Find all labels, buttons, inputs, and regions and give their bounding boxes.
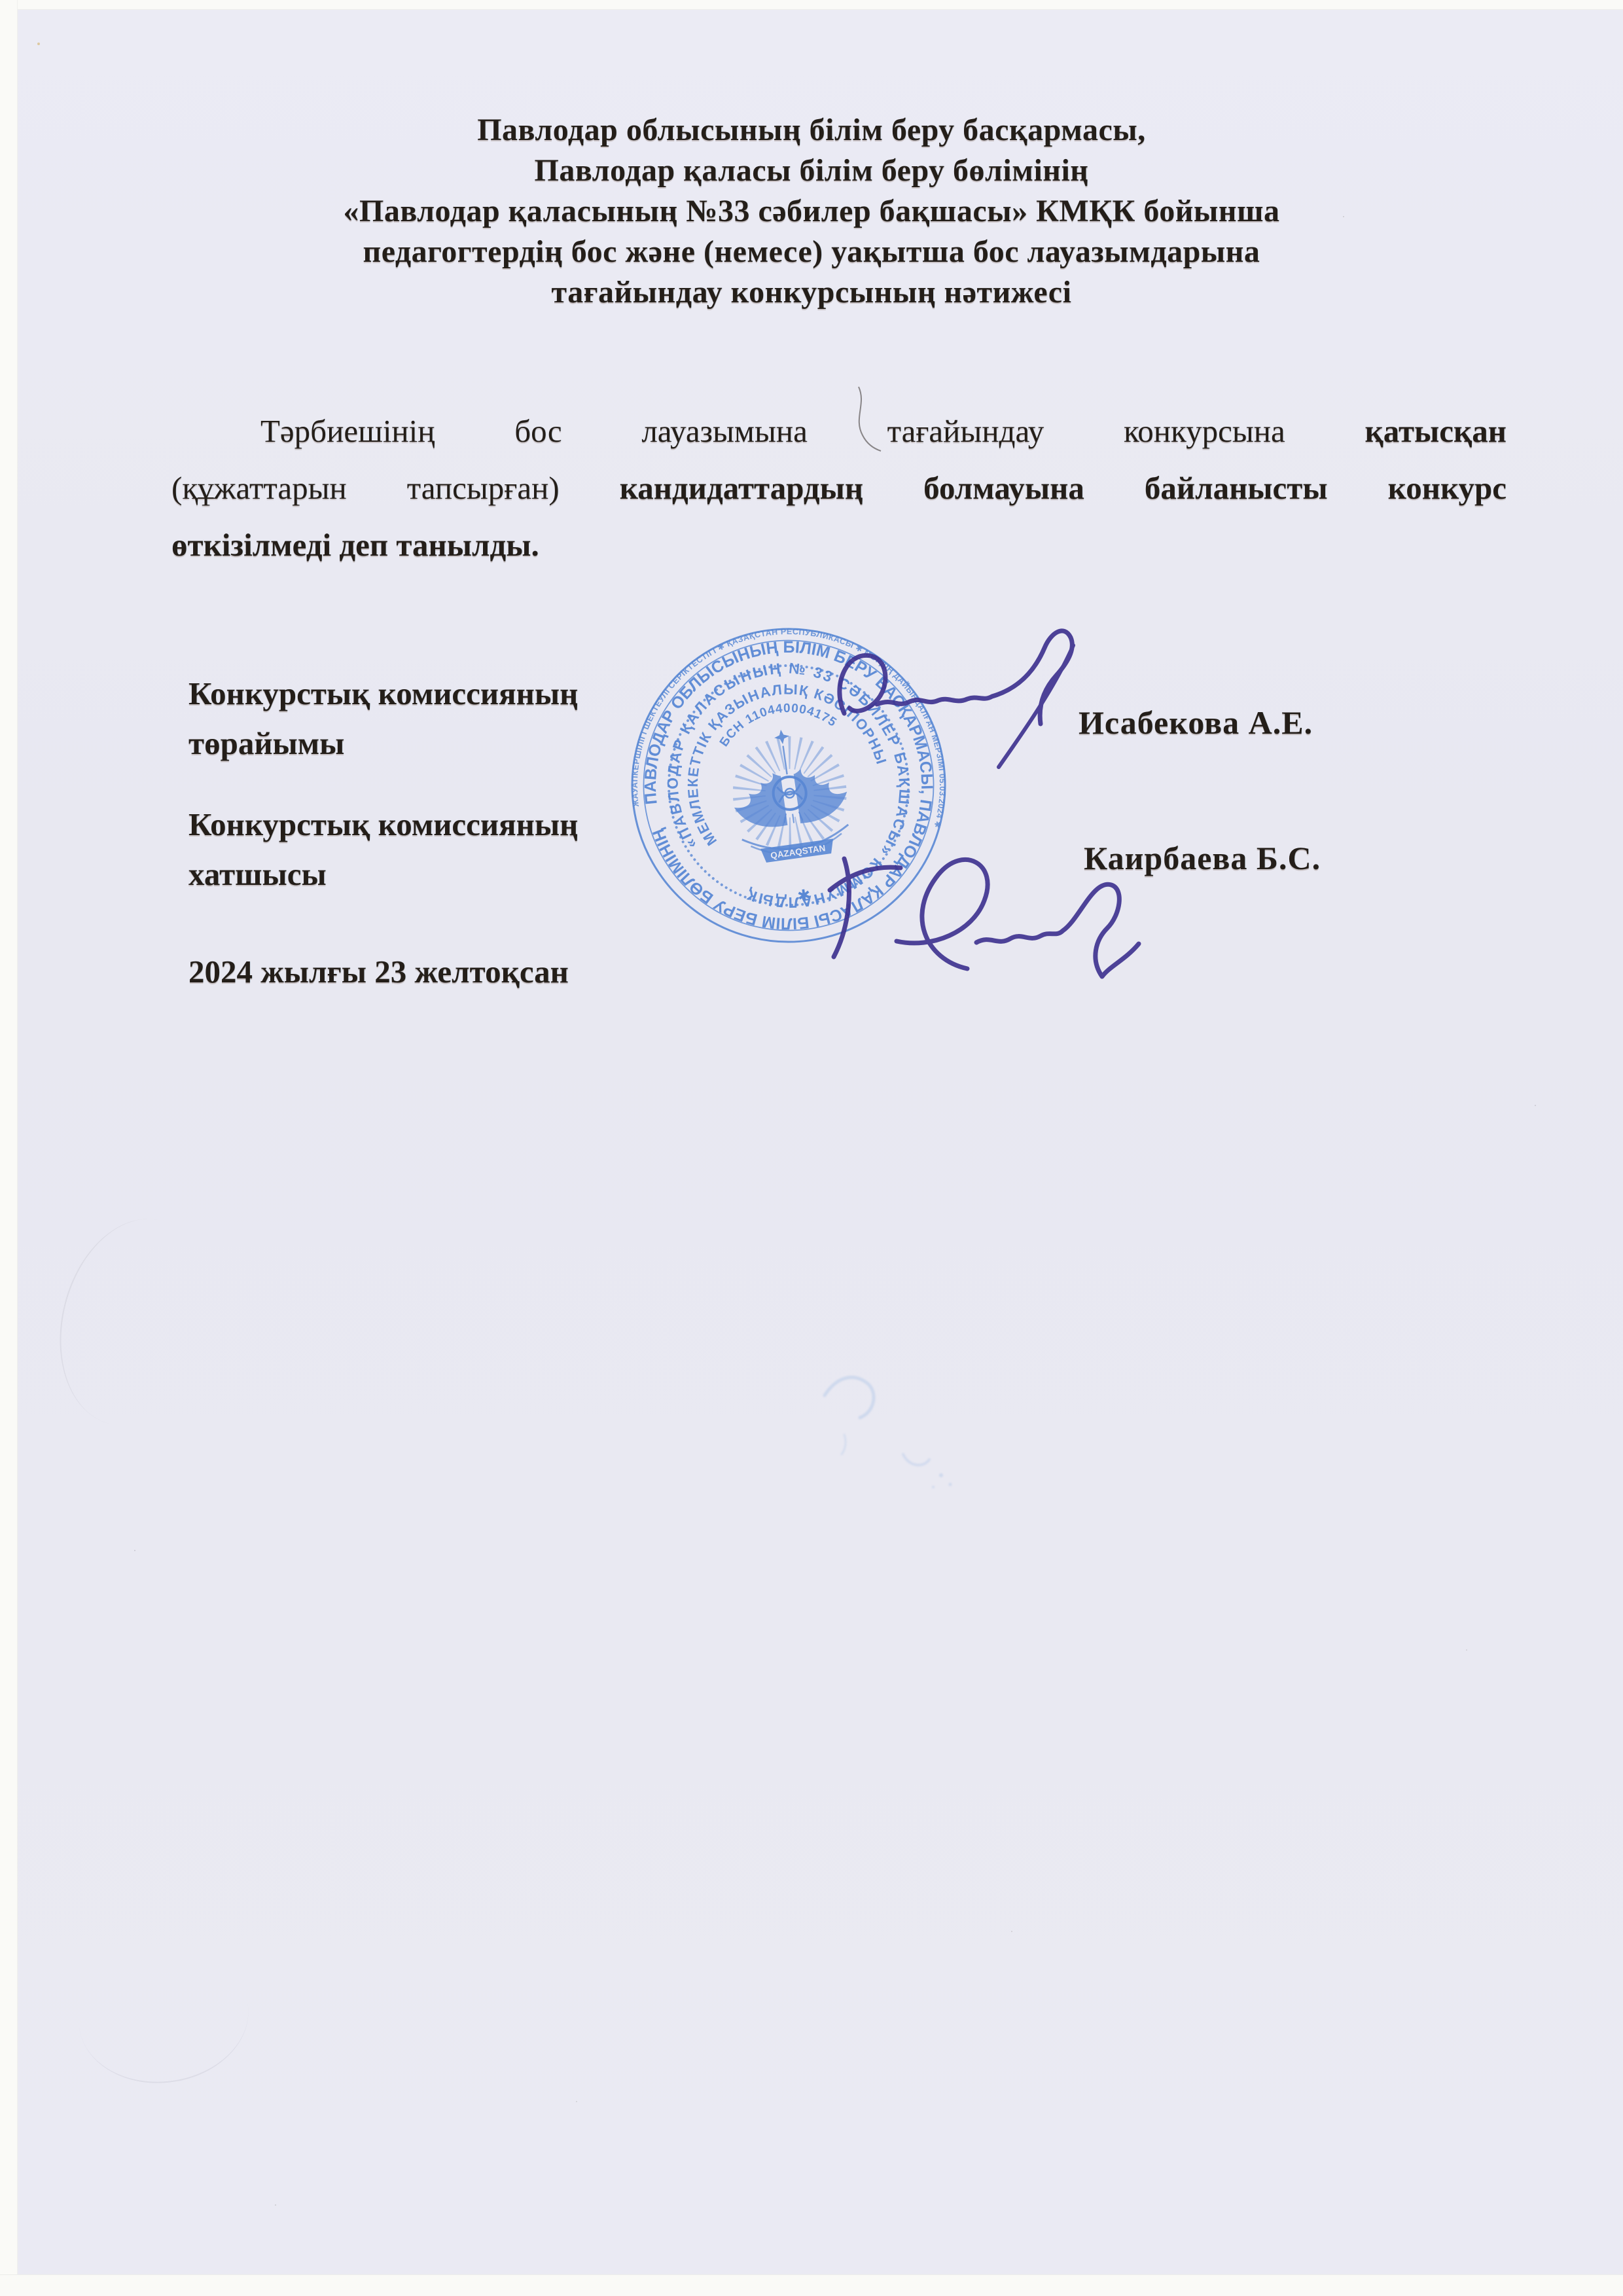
signatures-layer bbox=[746, 602, 1400, 1021]
title-line: тағайындау конкурсының нәтижесі bbox=[0, 272, 1623, 313]
paper-crease bbox=[39, 1203, 231, 1441]
body-line: өткізілмеді деп танылды. bbox=[171, 516, 1507, 573]
body-line: (құжаттарын тапсырған) кандидаттардың бо… bbox=[171, 459, 1507, 516]
body-text-bold: қатысқан bbox=[1364, 413, 1507, 449]
signature-secretary-loop bbox=[897, 859, 1139, 977]
document-date: 2024 жылғы 23 желтоқсан bbox=[188, 952, 569, 992]
body-line: Тәрбиешінің бос лауазымына тағайындау ко… bbox=[171, 403, 1507, 459]
body-text-regular: (құжаттарын тапсырған) bbox=[171, 470, 560, 506]
body-text-bold: өткізілмеді деп танылды. bbox=[171, 527, 539, 563]
title-line: педагогтердің бос және (немесе) уақытша … bbox=[0, 232, 1623, 272]
title-line: «Павлодар қаласының №33 сәбилер бақшасы»… bbox=[0, 191, 1623, 232]
ghost-stamp-mark bbox=[805, 1356, 1001, 1526]
scan-edge-bottom bbox=[0, 2274, 1623, 2296]
paper-crease bbox=[70, 1939, 257, 2094]
scan-edge-left bbox=[0, 0, 18, 2296]
body-text-bold: кандидаттардың болмауына байланысты конк… bbox=[620, 470, 1507, 506]
scan-hair-artifact bbox=[844, 383, 897, 461]
title-line: Павлодар облысының білім беру басқармасы… bbox=[0, 110, 1623, 151]
scan-edge-top bbox=[0, 0, 1623, 10]
signature-secretary-ink bbox=[830, 859, 901, 957]
scanned-document-page: Павлодар облысының білім беру басқармасы… bbox=[0, 0, 1623, 2296]
document-title: Павлодар облысының білім беру басқармасы… bbox=[0, 110, 1623, 313]
body-paragraph: Тәрбиешінің бос лауазымына тағайындау ко… bbox=[171, 403, 1507, 573]
body-text-regular: Тәрбиешінің бос лауазымына тағайындау ко… bbox=[260, 413, 1285, 449]
title-line: Павлодар қаласы білім беру бөлімінің bbox=[0, 151, 1623, 191]
